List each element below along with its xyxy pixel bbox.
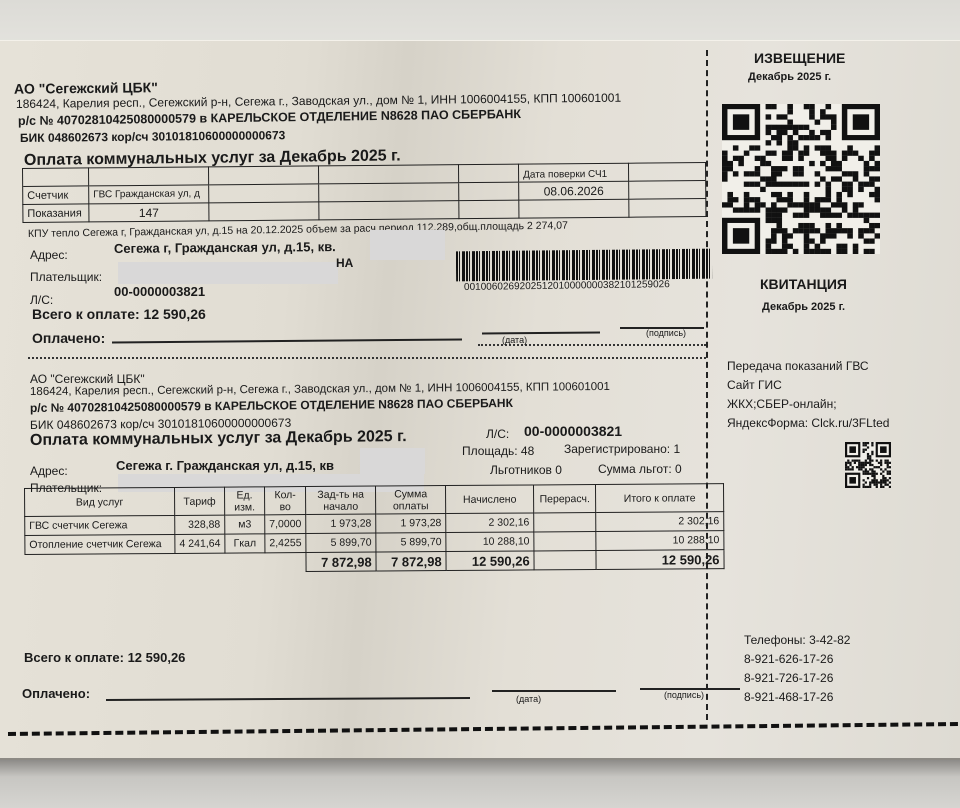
registered-label: Зарегистрировано: 1 xyxy=(564,442,680,456)
submission-line: Передача показаний ГВС xyxy=(727,357,889,376)
total-recalc xyxy=(534,551,596,570)
cut-line-middle xyxy=(28,357,706,359)
redacted-payer xyxy=(118,262,338,284)
meter-table: Дата поверки СЧ1 Счетчик ГВС Гражданская… xyxy=(22,162,706,223)
quantity: 2,4255 xyxy=(265,534,306,553)
area-label: Площадь: 48 xyxy=(462,444,534,458)
payment-barcode xyxy=(456,249,712,282)
total-due: 2 302,16 xyxy=(596,512,724,532)
total-debt-start: 7 872,98 xyxy=(306,552,376,571)
receipt-period: Декабрь 2025 г. xyxy=(762,301,845,313)
meter-submission-info: Передача показаний ГВС Сайт ГИС ЖКХ;СБЕР… xyxy=(727,357,889,433)
unit: Гкал xyxy=(225,534,265,553)
service-name: Отопление счетчик Сегежа xyxy=(25,534,175,554)
benefit-sum-label: Сумма льгот: 0 xyxy=(598,462,682,476)
phone-number: 8-921-726-17-26 xyxy=(744,669,850,688)
date-line xyxy=(492,690,616,692)
services-table: Вид услуг Тариф Ед. изм. Кол-во Зад-ть н… xyxy=(24,483,725,574)
paid-sum: 1 973,28 xyxy=(376,514,446,533)
redacted-apartment xyxy=(370,230,445,260)
submission-link[interactable]: ЯндексФорма: Clck.ru/3FLted xyxy=(727,414,889,433)
receipt-ls-label: Л/С: xyxy=(486,427,509,441)
receipt-address-value: Сегежа г. Гражданская ул, д.15, кв xyxy=(116,458,334,473)
meter-submission-qr-code xyxy=(845,442,891,488)
beneficiaries-label: Льготников 0 xyxy=(490,463,562,477)
unit: м3 xyxy=(225,515,265,534)
tariff: 4 241,64 xyxy=(175,534,225,553)
notice-address-label: Адрес: xyxy=(30,248,68,262)
quantity: 7,0000 xyxy=(265,515,306,534)
receipt-address-label: Адрес: xyxy=(30,464,68,478)
debt-start: 1 973,28 xyxy=(306,514,376,533)
debt-start: 5 899,70 xyxy=(306,533,376,552)
meter-label: Счетчик xyxy=(23,186,89,205)
submission-line: ЖКХ;СБЕР-онлайн; xyxy=(727,395,889,414)
total-due: 10 288,10 xyxy=(596,531,724,551)
col-total-due: Итого к оплате xyxy=(596,484,724,513)
col-unit: Ед. изм. xyxy=(224,487,264,515)
submission-line: Сайт ГИС xyxy=(727,376,889,395)
signature-caption: (подпись) xyxy=(646,328,686,338)
notice-ls-value: 00-0000003821 xyxy=(114,284,205,299)
payment-qr-code xyxy=(722,104,880,254)
phones-block: Телефоны: 3-42-82 8-921-626-17-26 8-921-… xyxy=(744,631,850,707)
notice-paid-label: Оплачено: xyxy=(32,330,105,346)
receipt-heading: КВИТАНЦИЯ xyxy=(760,276,847,292)
col-paid-sum: Сумма оплаты xyxy=(376,486,446,514)
total-due-sum: 12 590,26 xyxy=(596,550,724,570)
receipt-ls-value: 00-0000003821 xyxy=(524,423,622,439)
service-name: ГВС счетчик Сегежа xyxy=(25,515,175,535)
date-caption: (дата) xyxy=(516,694,541,704)
phone-number: 8-921-468-17-26 xyxy=(744,688,850,707)
signature-caption: (подпись) xyxy=(664,690,704,700)
total-charged: 12 590,26 xyxy=(446,551,534,571)
notice-heading: ИЗВЕЩЕНИЕ xyxy=(754,50,845,66)
col-debt-start: Зад-ть на начало xyxy=(306,486,376,514)
notice-company: АО "Сегежский ЦБК" xyxy=(14,79,158,97)
verify-date-value: 08.06.2026 xyxy=(519,181,629,200)
notice-period: Декабрь 2025 г. xyxy=(748,71,831,83)
notice-ls-label: Л/С: xyxy=(30,293,53,307)
receipt-paid-label: Оплачено: xyxy=(22,686,90,701)
receipt-company: АО "Сегежский ЦБК" xyxy=(30,372,145,386)
verify-date-label: Дата поверки СЧ1 xyxy=(518,163,628,182)
cut-line-vertical xyxy=(706,50,708,720)
tariff: 328,88 xyxy=(175,515,225,534)
col-service: Вид услуг xyxy=(25,487,175,516)
meter-value: ГВС Гражданская ул, д xyxy=(89,185,209,204)
col-recalc: Перерасч. xyxy=(534,485,596,513)
charged: 2 302,16 xyxy=(446,513,534,533)
col-tariff: Тариф xyxy=(174,487,224,515)
date-caption: (дата) xyxy=(502,335,527,345)
col-charged: Начислено xyxy=(446,485,534,514)
col-quantity: Кол-во xyxy=(264,487,305,515)
paid-sum: 5 899,70 xyxy=(376,533,446,552)
notice-total: Всего к оплате: 12 590,26 xyxy=(32,306,206,322)
phone-number: 8-921-626-17-26 xyxy=(744,650,850,669)
recalc xyxy=(534,513,596,532)
notice-payer-label: Плательщик: xyxy=(30,270,102,284)
reading-value: 147 xyxy=(89,203,209,222)
phones-label: Телефоны: 3-42-82 xyxy=(744,631,850,650)
notice-payer-tail: НА xyxy=(336,256,353,270)
recalc xyxy=(534,532,596,551)
receipt-total: Всего к оплате: 12 590,26 xyxy=(24,650,185,665)
redacted-apartment xyxy=(360,448,425,474)
notice-address-value: Сегежа г, Гражданская ул, д.15, кв. xyxy=(114,239,336,256)
table-surface xyxy=(0,760,960,808)
reading-label: Показания xyxy=(23,204,89,223)
charged: 10 288,10 xyxy=(446,532,534,552)
notice-bik-line: БИК 048602673 кор/сч 3010181060000000067… xyxy=(20,128,285,145)
total-paid-sum: 7 872,98 xyxy=(376,552,446,571)
